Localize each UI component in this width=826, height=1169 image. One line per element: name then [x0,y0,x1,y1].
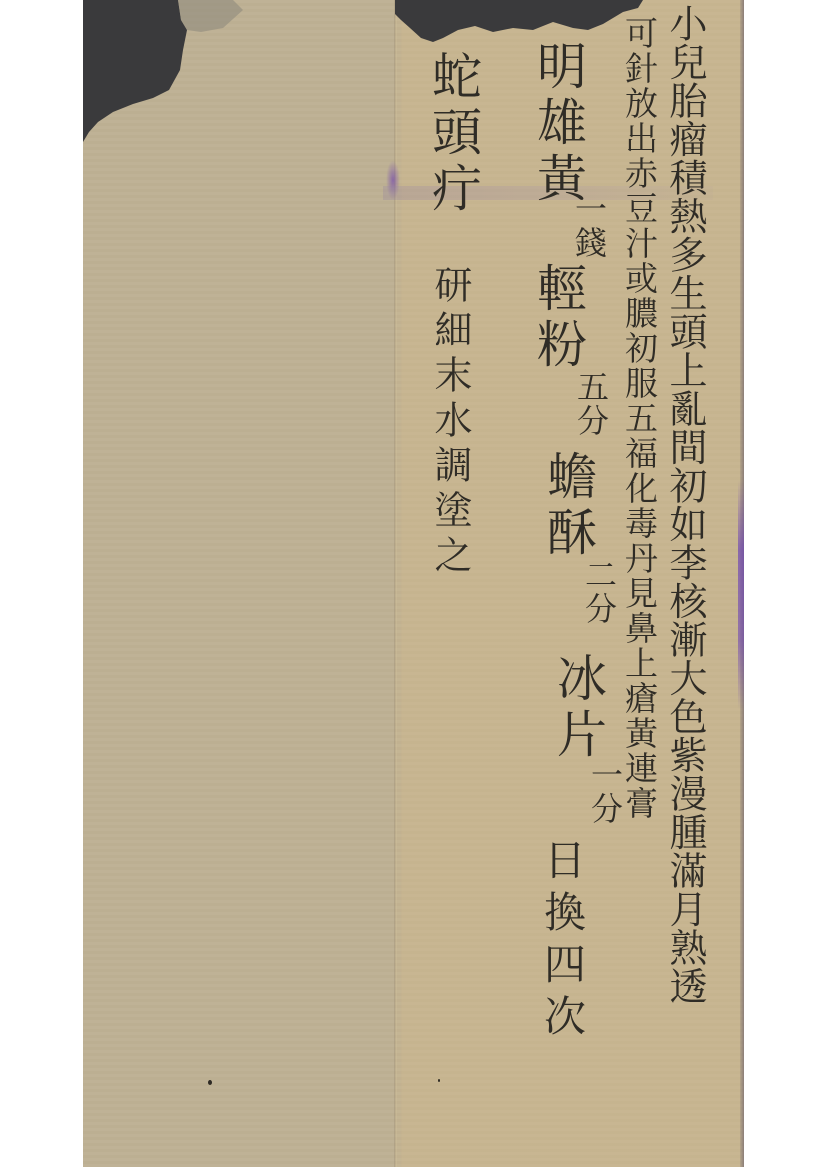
ingredient-name: 冰片 [553,652,603,764]
ingredient-name: 明雄黃 [533,40,583,208]
purple-edge-stain [738,480,744,710]
ink-speck [208,1080,212,1085]
ingredient-qty: 五分 [575,370,607,438]
text-column-1: 小兒胎瘤積熱多生頭上亂間初如李核漸大色紫漫腫滿月熟透 [666,4,704,1005]
prescription-column: 明雄黃 一錢 輕粉 五分 蟾酥 二分 冰片 一分 日換四次 [513,40,623,1060]
ingredient-qty: 一分 [589,758,621,826]
ingredient-qty: 二分 [583,558,615,626]
ingredient-name: 蟾酥 [543,450,593,562]
section-title: 蛇頭疔 [428,50,478,218]
preparation-method: 研細末水調塗之 [431,265,469,580]
manuscript-page: 小兒胎瘤積熱多生頭上亂間初如李核漸大色紫漫腫滿月熟透 可針放出赤豆汁或膿初服五福… [83,0,744,1167]
ingredient-name: 輕粉 [533,262,583,374]
usage-instruction: 日換四次 [541,838,583,1046]
text-column-2: 可針放出赤豆汁或膿初服五福化毒丹見鼻上瘡黃連膏 [623,16,656,821]
ink-speck [438,1079,440,1082]
ingredient-qty: 一錢 [573,192,605,260]
